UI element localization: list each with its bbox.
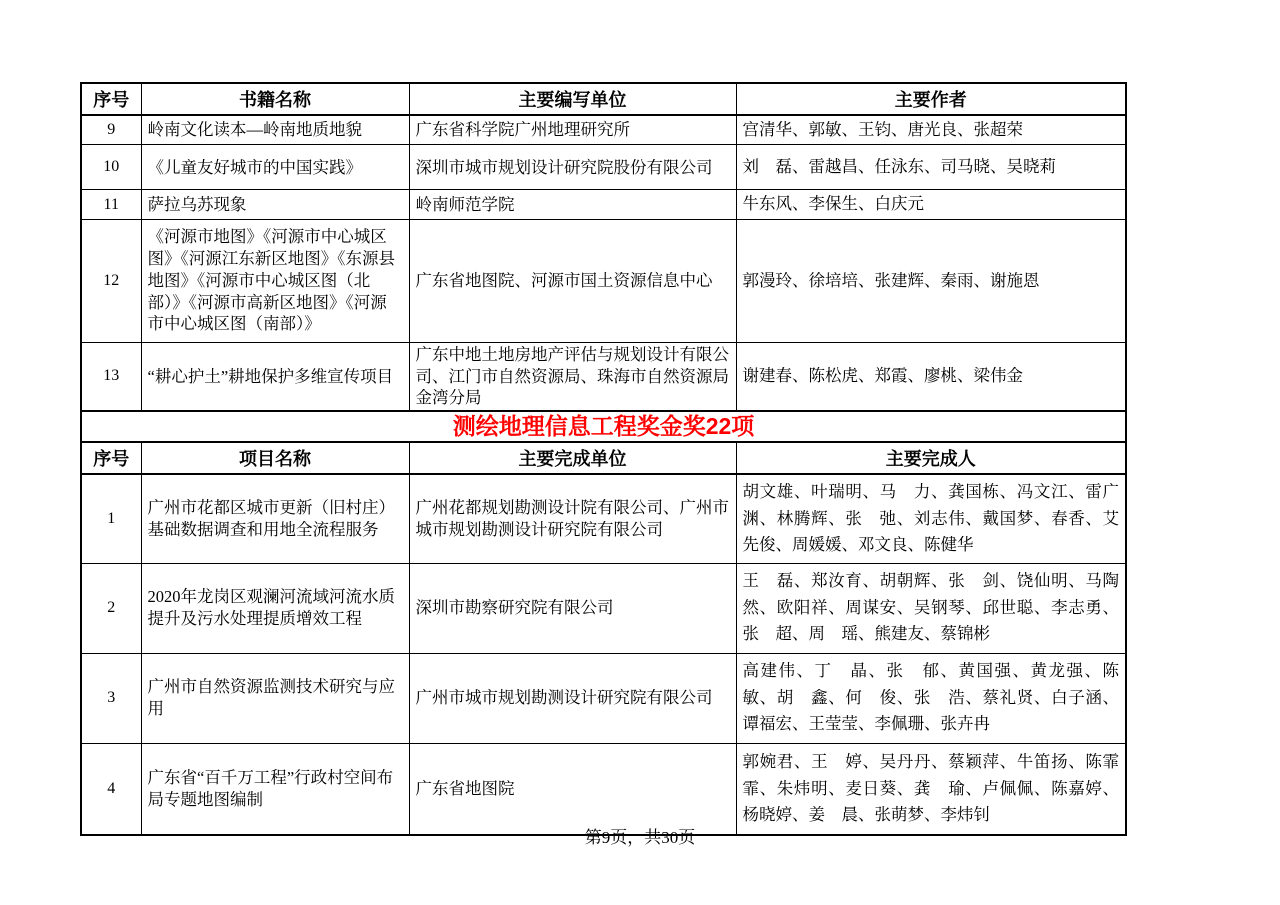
cell-book-name: 岭南文化读本—岭南地质地貌 bbox=[141, 115, 409, 145]
cell-authors: 郭漫玲、徐培培、张建辉、秦雨、谢施恩 bbox=[736, 219, 1126, 342]
cell-unit: 广州市城市规划勘测设计研究院有限公司 bbox=[409, 653, 736, 743]
table-row: 12 《河源市地图》《河源市中心城区图》《河源江东新区地图》《东源县地图》《河源… bbox=[81, 219, 1126, 342]
cell-completers: 王 磊、郑汝育、胡朝辉、张 剑、饶仙明、马陶然、欧阳祥、周谋安、吴钢琴、邱世聪、… bbox=[736, 563, 1126, 653]
cell-unit: 深圳市城市规划设计研究院股份有限公司 bbox=[409, 145, 736, 190]
cell-project-name: 广州市自然资源监测技术研究与应用 bbox=[141, 653, 409, 743]
projects-header-row: 序号 项目名称 主要完成单位 主要完成人 bbox=[81, 442, 1126, 474]
table-row: 11 萨拉乌苏现象 岭南师范学院 牛东风、李保生、白庆元 bbox=[81, 190, 1126, 219]
cell-authors: 宫清华、郭敏、王钧、唐光良、张超荣 bbox=[736, 115, 1126, 145]
column-header-completing-unit: 主要完成单位 bbox=[409, 442, 736, 474]
cell-seq: 11 bbox=[81, 190, 141, 219]
cell-project-name: 2020年龙岗区观澜河流域河流水质提升及污水处理提质增效工程 bbox=[141, 563, 409, 653]
column-header-book-name: 书籍名称 bbox=[141, 83, 409, 115]
cell-authors: 牛东风、李保生、白庆元 bbox=[736, 190, 1126, 219]
table-row: 3 广州市自然资源监测技术研究与应用 广州市城市规划勘测设计研究院有限公司 高建… bbox=[81, 653, 1126, 743]
column-header-seq: 序号 bbox=[81, 442, 141, 474]
books-header-row: 序号 书籍名称 主要编写单位 主要作者 bbox=[81, 83, 1126, 115]
cell-project-name: 广州市花都区城市更新（旧村庄）基础数据调查和用地全流程服务 bbox=[141, 474, 409, 563]
table-row: 9 岭南文化读本—岭南地质地貌 广东省科学院广州地理研究所 宫清华、郭敏、王钧、… bbox=[81, 115, 1126, 145]
cell-seq: 4 bbox=[81, 743, 141, 835]
column-header-authors: 主要作者 bbox=[736, 83, 1126, 115]
table-row: 4 广东省“百千万工程”行政村空间布局专题地图编制 广东省地图院 郭婉君、王 婷… bbox=[81, 743, 1126, 835]
cell-book-name: 《儿童友好城市的中国实践》 bbox=[141, 145, 409, 190]
cell-completers: 胡文雄、叶瑞明、马 力、龚国栋、冯文江、雷广渊、林腾辉、张 弛、刘志伟、戴国梦、… bbox=[736, 474, 1126, 563]
cell-unit: 广东省科学院广州地理研究所 bbox=[409, 115, 736, 145]
table-row: 13 “耕心护土”耕地保护多维宣传项目 广东中地土地房地产评估与规划设计有限公司… bbox=[81, 342, 1126, 411]
cell-authors: 谢建春、陈松虎、郑霞、廖桃、梁伟金 bbox=[736, 342, 1126, 411]
cell-seq: 1 bbox=[81, 474, 141, 563]
cell-seq: 9 bbox=[81, 115, 141, 145]
cell-unit: 深圳市勘察研究院有限公司 bbox=[409, 563, 736, 653]
cell-unit: 广东省地图院、河源市国土资源信息中心 bbox=[409, 219, 736, 342]
cell-project-name: 广东省“百千万工程”行政村空间布局专题地图编制 bbox=[141, 743, 409, 835]
cell-completers: 高建伟、丁 晶、张 郁、黄国强、黄龙强、陈敏、胡 鑫、何 俊、张 浩、蔡礼贤、白… bbox=[736, 653, 1126, 743]
section-title-cell: 测绘地理信息工程奖金奖22项 bbox=[81, 411, 1126, 442]
cell-completers: 郭婉君、王 婷、吴丹丹、蔡颖萍、牛笛扬、陈霏霏、朱炜明、麦日葵、龚 瑜、卢佩佩、… bbox=[736, 743, 1126, 835]
column-header-unit: 主要编写单位 bbox=[409, 83, 736, 115]
page-footer: 第9页，共30页 bbox=[0, 823, 1280, 848]
cell-authors: 刘 磊、雷越昌、任泳东、司马晓、吴晓莉 bbox=[736, 145, 1126, 190]
awards-table: 序号 书籍名称 主要编写单位 主要作者 9 岭南文化读本—岭南地质地貌 广东省科… bbox=[80, 82, 1127, 836]
table-row: 2 2020年龙岗区观澜河流域河流水质提升及污水处理提质增效工程 深圳市勘察研究… bbox=[81, 563, 1126, 653]
cell-seq: 10 bbox=[81, 145, 141, 190]
column-header-seq: 序号 bbox=[81, 83, 141, 115]
section-title: 测绘地理信息工程奖金奖22项 bbox=[453, 413, 755, 439]
cell-unit: 广州花都规划勘测设计院有限公司、广州市城市规划勘测设计研究院有限公司 bbox=[409, 474, 736, 563]
column-header-project-name: 项目名称 bbox=[141, 442, 409, 474]
table-row: 1 广州市花都区城市更新（旧村庄）基础数据调查和用地全流程服务 广州花都规划勘测… bbox=[81, 474, 1126, 563]
cell-book-name: 萨拉乌苏现象 bbox=[141, 190, 409, 219]
cell-unit: 广东中地土地房地产评估与规划设计有限公司、江门市自然资源局、珠海市自然资源局金湾… bbox=[409, 342, 736, 411]
cell-seq: 12 bbox=[81, 219, 141, 342]
cell-unit: 广东省地图院 bbox=[409, 743, 736, 835]
section-title-row: 测绘地理信息工程奖金奖22项 bbox=[81, 411, 1126, 442]
cell-book-name: “耕心护土”耕地保护多维宣传项目 bbox=[141, 342, 409, 411]
cell-seq: 13 bbox=[81, 342, 141, 411]
cell-book-name: 《河源市地图》《河源市中心城区图》《河源江东新区地图》《东源县地图》《河源市中心… bbox=[141, 219, 409, 342]
table-row: 10 《儿童友好城市的中国实践》 深圳市城市规划设计研究院股份有限公司 刘 磊、… bbox=[81, 145, 1126, 190]
column-header-completers: 主要完成人 bbox=[736, 442, 1126, 474]
cell-unit: 岭南师范学院 bbox=[409, 190, 736, 219]
cell-seq: 2 bbox=[81, 563, 141, 653]
cell-seq: 3 bbox=[81, 653, 141, 743]
